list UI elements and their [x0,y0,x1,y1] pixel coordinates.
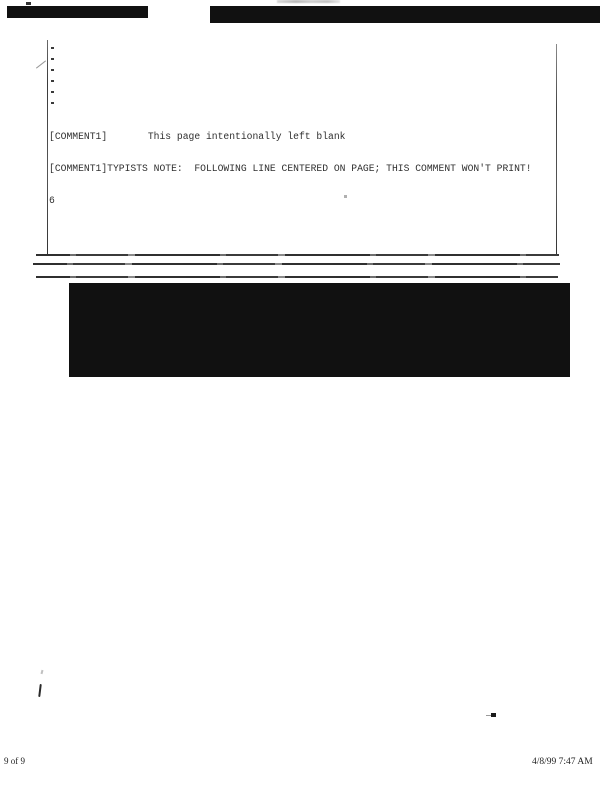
comment-box-left-border [47,40,48,255]
horizontal-rule-3 [36,276,558,278]
page-number-indicator: 9 of 9 [4,756,25,766]
margin-dot-column: . . . . . . [51,47,54,104]
comment-box-bottom-border [36,254,559,256]
comment-line-3: 6 [49,196,532,207]
margin-dot: . [51,91,54,93]
margin-dot: . [51,58,54,60]
typewriter-comment-block: [COMMENT1] This page intentionally left … [49,110,532,229]
margin-dot: . [51,47,54,49]
margin-dot: . [51,80,54,82]
redaction-block-main [69,283,570,377]
comment-line-1: [COMMENT1] This page intentionally left … [49,132,532,143]
margin-dot: . [51,102,54,104]
redaction-bar-top-right [210,6,600,23]
scan-dash-right [491,713,496,717]
scan-slash-mark [36,60,46,68]
scan-speck-middle [344,195,347,198]
scan-stroke-left-margin [38,684,42,697]
print-timestamp: 4/8/99 7:47 AM [532,757,593,767]
horizontal-rule-2 [33,263,560,265]
comment-box-right-border [556,44,557,255]
scan-speck-left-margin [41,670,44,674]
redaction-bar-top-left [7,6,148,18]
scan-smudge-top [277,0,340,3]
comment-line-2: [COMMENT1]TYPISTS NOTE: FOLLOWING LINE C… [49,164,532,175]
scan-speck-top-left [26,2,31,5]
scanned-document-page: . . . . . . [COMMENT1] This page intenti… [0,0,612,792]
margin-dot: . [51,69,54,71]
